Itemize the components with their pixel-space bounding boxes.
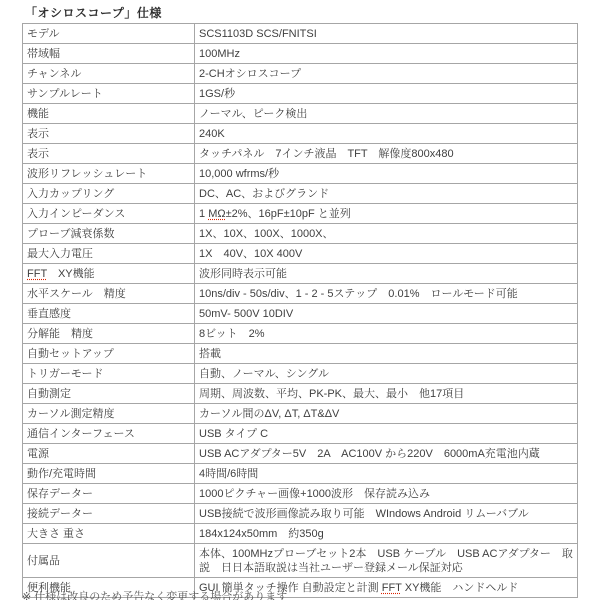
spec-label: 動作/充電時間 xyxy=(23,464,195,484)
spec-value: 2-CHオシロスコープ xyxy=(195,64,578,84)
spec-value: 100MHz xyxy=(195,44,578,64)
spec-label: 帯域幅 xyxy=(23,44,195,64)
spec-value: DC、AC、およびグランド xyxy=(195,184,578,204)
spec-value: 1 MΩ±2%、16pF±10pF と並列 xyxy=(195,204,578,224)
spec-label: 入力インピーダンス xyxy=(23,204,195,224)
table-row: 表示240K xyxy=(23,124,578,144)
table-row: 垂直感度50mV- 500V 10DIV xyxy=(23,304,578,324)
spec-label: 水平スケール 精度 xyxy=(23,284,195,304)
spec-value: 10ns/div - 50s/div、1 - 2 - 5ステップ 0.01% ロ… xyxy=(195,284,578,304)
table-row: 帯域幅100MHz xyxy=(23,44,578,64)
spec-label: 分解能 精度 xyxy=(23,324,195,344)
table-row: チャンネル2-CHオシロスコープ xyxy=(23,64,578,84)
table-row: 波形リフレッシュレート10,000 wfrms/秒 xyxy=(23,164,578,184)
spec-value: 周期、周波数、平均、PK-PK、最大、最小 他17項目 xyxy=(195,384,578,404)
table-row: 電源USB ACアダプター5V 2A AC100V から220V 6000mA充… xyxy=(23,444,578,464)
spec-value: 1X 40V、10X 400V xyxy=(195,244,578,264)
spec-label: 機能 xyxy=(23,104,195,124)
table-row: カーソル測定精度カーソル間のΔV, ΔT, ΔT&ΔV xyxy=(23,404,578,424)
spec-value: 本体、100MHzプローブセット2本 USB ケーブル USB ACアダプター … xyxy=(195,544,578,578)
table-row: 入力インピーダンス1 MΩ±2%、16pF±10pF と並列 xyxy=(23,204,578,224)
spec-value: 1000ピクチャー画像+1000波形 保存読み込み xyxy=(195,484,578,504)
table-row: 保存データー1000ピクチャー画像+1000波形 保存読み込み xyxy=(23,484,578,504)
spec-label: 表示 xyxy=(23,124,195,144)
table-row: 分解能 精度8ビット 2% xyxy=(23,324,578,344)
spec-label: 大きさ 重さ xyxy=(23,524,195,544)
spec-value: 1GS/秒 xyxy=(195,84,578,104)
table-row: プローブ減衰係数1X、10X、100X、1000X、 xyxy=(23,224,578,244)
spec-label: 最大入力電圧 xyxy=(23,244,195,264)
table-row: トリガーモード自動、ノーマル、シングル xyxy=(23,364,578,384)
spec-label: トリガーモード xyxy=(23,364,195,384)
spec-label: 付属品 xyxy=(23,544,195,578)
table-row: 動作/充電時間4時間/6時間 xyxy=(23,464,578,484)
table-row: 付属品本体、100MHzプローブセット2本 USB ケーブル USB ACアダプ… xyxy=(23,544,578,578)
spec-label: 電源 xyxy=(23,444,195,464)
spec-table-body: モデルSCS1103D SCS/FNITSI帯域幅100MHzチャンネル2-CH… xyxy=(23,24,578,598)
table-row: 入力カップリングDC、AC、およびグランド xyxy=(23,184,578,204)
spec-value: 4時間/6時間 xyxy=(195,464,578,484)
spec-label: 自動測定 xyxy=(23,384,195,404)
spec-label: 入力カップリング xyxy=(23,184,195,204)
spec-label: FFT XY機能 xyxy=(23,264,195,284)
spec-label: 保存データー xyxy=(23,484,195,504)
table-row: 自動測定周期、周波数、平均、PK-PK、最大、最小 他17項目 xyxy=(23,384,578,404)
spellcheck-underlined-text: FFT xyxy=(382,582,402,594)
spec-label: 波形リフレッシュレート xyxy=(23,164,195,184)
clipped-footnote: ※ 仕様は改良のため予告なく変更する場合があります xyxy=(22,590,322,600)
table-row: 自動セットアップ搭載 xyxy=(23,344,578,364)
spec-label: 接続データー xyxy=(23,504,195,524)
spec-value: 240K xyxy=(195,124,578,144)
spec-value: タッチパネル 7インチ液晶 TFT 解像度800x480 xyxy=(195,144,578,164)
table-row: 水平スケール 精度10ns/div - 50s/div、1 - 2 - 5ステッ… xyxy=(23,284,578,304)
spec-value: 184x124x50mm 約350g xyxy=(195,524,578,544)
spec-label: 通信インターフェース xyxy=(23,424,195,444)
clipped-footnote-text: ※ 仕様は改良のため予告なく変更する場合があります xyxy=(22,591,287,600)
spec-value: USB接続で波形画像読み取り可能 WIndows Android リムーバブル xyxy=(195,504,578,524)
cell-text: XY機能 ハンドヘルド xyxy=(402,582,519,594)
cell-text: 1 xyxy=(199,208,208,220)
spec-table: モデルSCS1103D SCS/FNITSI帯域幅100MHzチャンネル2-CH… xyxy=(22,23,578,598)
spec-label: モデル xyxy=(23,24,195,44)
spec-value: 10,000 wfrms/秒 xyxy=(195,164,578,184)
spec-label: 垂直感度 xyxy=(23,304,195,324)
page-title: 「オシロスコープ」仕様 xyxy=(25,4,162,21)
table-row: 通信インターフェースUSB タイプ C xyxy=(23,424,578,444)
spellcheck-underlined-text: FFT xyxy=(27,268,47,280)
table-row: 接続データーUSB接続で波形画像読み取り可能 WIndows Android リ… xyxy=(23,504,578,524)
table-row: モデルSCS1103D SCS/FNITSI xyxy=(23,24,578,44)
table-row: サンプルレート1GS/秒 xyxy=(23,84,578,104)
table-row: FFT XY機能波形同時表示可能 xyxy=(23,264,578,284)
spec-value: 搭載 xyxy=(195,344,578,364)
spec-value: SCS1103D SCS/FNITSI xyxy=(195,24,578,44)
spec-label: チャンネル xyxy=(23,64,195,84)
spec-label: 自動セットアップ xyxy=(23,344,195,364)
spec-value: ノーマル、ピーク検出 xyxy=(195,104,578,124)
spec-value: USB ACアダプター5V 2A AC100V から220V 6000mA充電池… xyxy=(195,444,578,464)
spellcheck-underlined-text: MΩ xyxy=(208,208,225,220)
table-row: 大きさ 重さ184x124x50mm 約350g xyxy=(23,524,578,544)
spec-value: 波形同時表示可能 xyxy=(195,264,578,284)
spec-label: プローブ減衰係数 xyxy=(23,224,195,244)
table-row: 最大入力電圧1X 40V、10X 400V xyxy=(23,244,578,264)
spec-value: 自動、ノーマル、シングル xyxy=(195,364,578,384)
spec-label: サンプルレート xyxy=(23,84,195,104)
spec-value: 1X、10X、100X、1000X、 xyxy=(195,224,578,244)
cell-text: ±2%、16pF±10pF と並列 xyxy=(226,208,351,220)
spec-value: 50mV- 500V 10DIV xyxy=(195,304,578,324)
spec-value: USB タイプ C xyxy=(195,424,578,444)
spec-value: 8ビット 2% xyxy=(195,324,578,344)
table-row: 機能ノーマル、ピーク検出 xyxy=(23,104,578,124)
table-row: 表示タッチパネル 7インチ液晶 TFT 解像度800x480 xyxy=(23,144,578,164)
spec-value: カーソル間のΔV, ΔT, ΔT&ΔV xyxy=(195,404,578,424)
spec-label: 表示 xyxy=(23,144,195,164)
spec-label: カーソル測定精度 xyxy=(23,404,195,424)
cell-text: XY機能 xyxy=(47,268,95,280)
